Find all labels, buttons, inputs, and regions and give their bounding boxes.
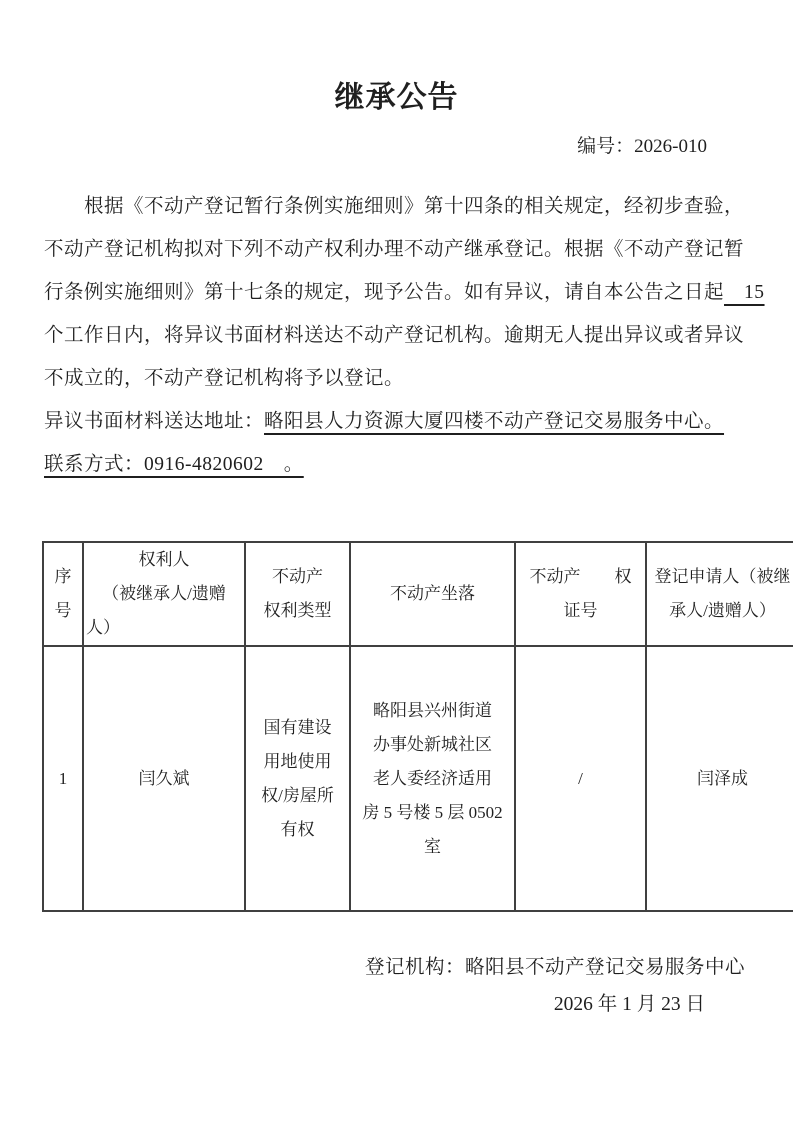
header-right-type: 不动产权利类型	[245, 542, 350, 646]
header-applicant: 登记申请人（被继承人/遗赠人）	[646, 542, 793, 646]
address-line: 异议书面材料送达地址：略阳县人力资源大厦四楼不动产登记交易服务中心。	[44, 400, 753, 443]
header-serial-number: 序号	[43, 542, 83, 646]
cell-serial-number: 1	[43, 646, 83, 911]
table-header-row: 序号 权利人 （被继承人/遗赠 人） 不动产权利类型 不动产坐落 不动产 权证号…	[43, 542, 793, 646]
notice-line-3-text: 行条例实施细则》第十七条的规定，现予公告。如有异议，请自本公告之日起	[44, 282, 724, 303]
address-label: 异议书面材料送达地址：	[44, 411, 264, 432]
notice-line-4: 个工作日内，将异议书面材料送达不动产登记机构。逾期无人提出异议或者异议	[44, 314, 753, 357]
objection-days-value: 15	[724, 282, 765, 303]
cell-right-type: 国有建设用地使用权/房屋所有权	[245, 646, 350, 911]
notice-line-1: 根据《不动产登记暂行条例实施细则》第十四条的相关规定，经初步查验，	[44, 185, 753, 228]
doc-number: 编号：2026-010	[0, 133, 793, 160]
notice-line-5: 不成立的，不动产登记机构将予以登记。	[44, 357, 753, 400]
notice-line-2: 不动产登记机构拟对下列不动产权利办理不动产继承登记。根据《不动产登记暂	[44, 228, 753, 271]
cell-right-holder: 闫久斌	[83, 646, 245, 911]
cell-applicant: 闫泽成	[646, 646, 793, 911]
header-certificate-number: 不动产 权证号	[515, 542, 646, 646]
announcement-table: 序号 权利人 （被继承人/遗赠 人） 不动产权利类型 不动产坐落 不动产 权证号…	[42, 541, 793, 912]
address-value: 略阳县人力资源大厦四楼不动产登记交易服务中心。	[264, 411, 724, 432]
cell-certificate-number: /	[515, 646, 646, 911]
header-right-holder: 权利人 （被继承人/遗赠 人）	[83, 542, 245, 646]
notice-line-3: 行条例实施细则》第十七条的规定，现予公告。如有异议，请自本公告之日起 15	[44, 271, 753, 314]
header-right-holder-line2: （被继承人/遗赠	[86, 577, 242, 611]
cell-location: 略阳县兴州街道办事处新城社区老人委经济适用房 5 号楼 5 层 0502室	[350, 646, 515, 911]
page-title: 继承公告	[0, 0, 793, 113]
header-right-holder-line3: 人）	[86, 611, 242, 645]
header-location: 不动产坐落	[350, 542, 515, 646]
notice-paragraph: 根据《不动产登记暂行条例实施细则》第十四条的相关规定，经初步查验， 不动产登记机…	[44, 185, 753, 486]
registration-authority-line: 登记机构：略阳县不动产登记交易服务中心	[0, 954, 793, 981]
header-right-holder-line1: 权利人	[86, 543, 242, 577]
contact-value: 联系方式：0916-4820602 。	[44, 454, 304, 475]
table-row: 1 闫久斌 国有建设用地使用权/房屋所有权 略阳县兴州街道办事处新城社区老人委经…	[43, 646, 793, 911]
document-page: 继承公告 编号：2026-010 根据《不动产登记暂行条例实施细则》第十四条的相…	[0, 0, 793, 1122]
announcement-date: 2026 年 1 月 23 日	[0, 983, 793, 1026]
contact-line: 联系方式：0916-4820602 。	[44, 443, 753, 486]
